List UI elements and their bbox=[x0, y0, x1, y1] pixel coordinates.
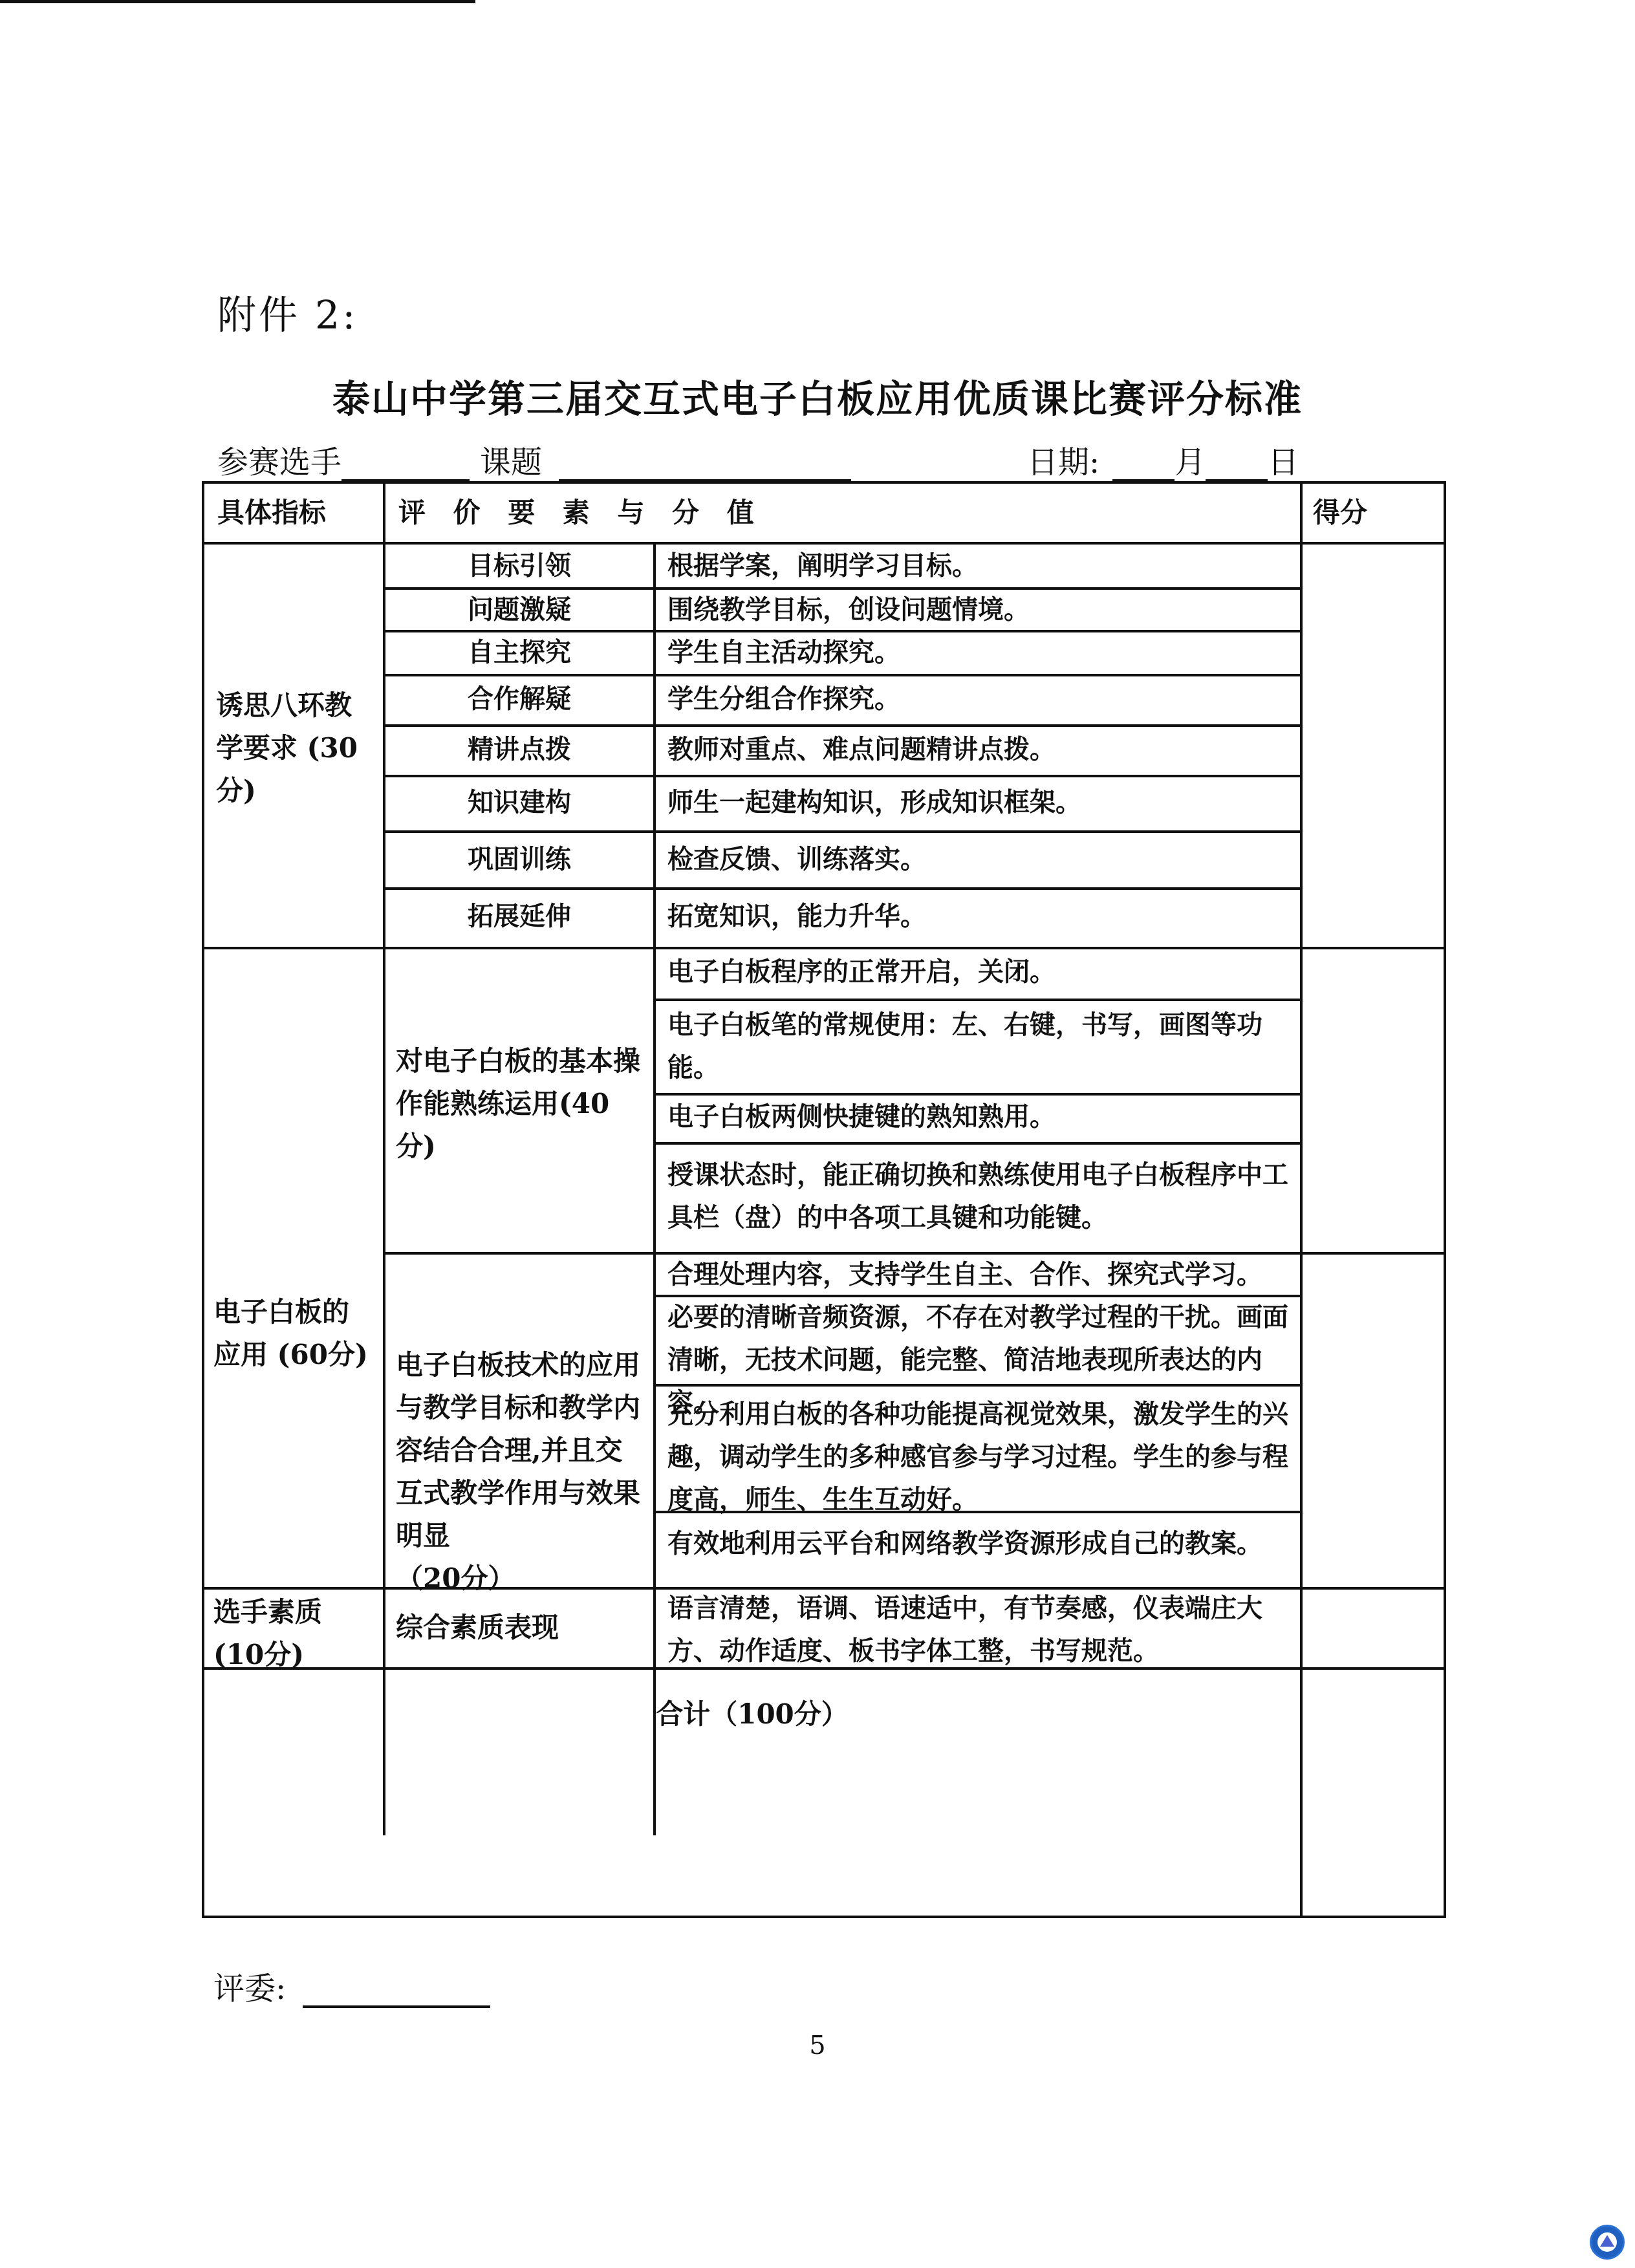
s1-desc-3: 学生自主活动探究。 bbox=[667, 631, 1295, 674]
date-label: 日期: bbox=[1027, 444, 1099, 481]
s1-item-1: 目标引领 bbox=[385, 545, 653, 587]
total-label: 合计（100分） bbox=[204, 1693, 1300, 1736]
annex-label: 附件 2: bbox=[217, 285, 358, 340]
row-line bbox=[383, 724, 1300, 727]
s2-g1-desc-3: 电子白板两侧快捷键的熟知熟用。 bbox=[667, 1096, 1295, 1138]
day-label: 日 bbox=[1268, 444, 1299, 481]
header-indicator: 具体指标 bbox=[217, 491, 379, 534]
col-divider-2 bbox=[653, 545, 656, 1835]
score-cell-section1[interactable] bbox=[1303, 545, 1444, 945]
s2-group2-item-text: 电子白板技术的应用与教学目标和教学内容结合合理,并且交互式教学作用与效果明显 bbox=[396, 1349, 640, 1551]
topic-blank[interactable] bbox=[559, 451, 851, 482]
s2-group2-item: 电子白板技术的应用与教学目标和教学内容结合合理,并且交互式教学作用与效果明显 （… bbox=[396, 1344, 644, 1600]
s1-desc-7: 检查反馈、训练落实。 bbox=[667, 838, 1295, 881]
score-cell-total[interactable] bbox=[1303, 1670, 1444, 1916]
school-logo-icon bbox=[1590, 2225, 1625, 2260]
page-title: 泰山中学第三届交互式电子白板应用优质课比赛评分标准 bbox=[0, 369, 1635, 423]
s2-g2-desc-3: 充分利用白板的各种功能提高视觉效果，激发学生的兴趣，调动学生的多种感官参与学习过… bbox=[667, 1393, 1295, 1521]
s2-g1-desc-2: 电子白板笔的常规使用：左、右键，书写，画图等功能。 bbox=[667, 1004, 1295, 1089]
row-line bbox=[383, 887, 1300, 890]
s1-item-8: 拓展延伸 bbox=[385, 895, 653, 938]
score-cell-section2-group2[interactable] bbox=[1303, 1255, 1444, 1586]
score-cell-section3[interactable] bbox=[1303, 1590, 1444, 1666]
score-cell-section2-group1[interactable] bbox=[1303, 949, 1444, 1251]
s1-item-6: 知识建构 bbox=[385, 781, 653, 824]
judge-label: 评委: bbox=[213, 1971, 286, 2007]
s1-item-5: 精讲点拨 bbox=[385, 728, 653, 771]
s1-desc-6: 师生一起建构知识，形成知识框架。 bbox=[667, 781, 1295, 824]
section2-indicator: 电子白板的应用 (60分) bbox=[213, 1291, 375, 1376]
s1-desc-2: 围绕教学目标，创设问题情境。 bbox=[667, 589, 1295, 631]
topic-label: 课题 bbox=[480, 444, 542, 481]
header-score: 得分 bbox=[1313, 491, 1442, 534]
judge-field: 评委: bbox=[213, 1963, 490, 2008]
s1-item-7: 巩固训练 bbox=[385, 838, 653, 881]
s2-g2-desc-1: 合理处理内容，支持学生自主、合作、探究式学习。 bbox=[667, 1253, 1295, 1296]
row-line bbox=[383, 830, 1300, 833]
s1-desc-4: 学生分组合作探究。 bbox=[667, 678, 1295, 720]
s1-item-3: 自主探究 bbox=[385, 631, 653, 674]
contestant-field: 参赛选手 bbox=[217, 437, 470, 482]
s1-item-2: 问题激疑 bbox=[385, 589, 653, 631]
month-blank[interactable] bbox=[1112, 451, 1175, 482]
s1-desc-8: 拓宽知识，能力升华。 bbox=[667, 895, 1295, 938]
s1-desc-5: 教师对重点、难点问题精讲点拨。 bbox=[667, 728, 1295, 771]
header-elements: 评 价 要 素 与 分 值 bbox=[398, 491, 980, 534]
row-line bbox=[653, 1142, 1300, 1145]
s2-g1-desc-1: 电子白板程序的正常开启，关闭。 bbox=[667, 951, 1295, 993]
s3-item: 综合素质表现 bbox=[396, 1606, 644, 1649]
s3-desc: 语言清楚，语调、语速适中，有节奏感，仪表端庄大方、动作适度、板书字体工整，书写规… bbox=[667, 1587, 1295, 1672]
day-blank[interactable] bbox=[1206, 451, 1268, 482]
judge-blank[interactable] bbox=[303, 1977, 490, 2008]
row-line bbox=[383, 674, 1300, 676]
row-line bbox=[653, 999, 1300, 1001]
contestant-blank[interactable] bbox=[341, 451, 470, 482]
scan-edge-artifact bbox=[0, 0, 475, 3]
s1-desc-1: 根据学案，阐明学习目标。 bbox=[667, 545, 1295, 587]
s2-g1-desc-4: 授课状态时，能正确切换和熟练使用电子白板程序中工具栏（盘）的中各项工具键和功能键… bbox=[667, 1154, 1295, 1239]
date-field: 日期:月日 bbox=[1027, 437, 1299, 482]
row-line bbox=[383, 775, 1300, 777]
section-line bbox=[204, 947, 1446, 949]
month-label: 月 bbox=[1175, 444, 1206, 481]
scoring-table: 具体指标 评 价 要 素 与 分 值 得分 诱思八环教学要求 (30分) 目标引… bbox=[202, 481, 1446, 1918]
topic-field: 课题 bbox=[480, 437, 851, 482]
s2-group1-item: 对电子白板的基本操作能熟练运用(40分) bbox=[396, 1040, 644, 1168]
page-number: 5 bbox=[0, 2031, 1635, 2060]
section3-indicator: 选手素质 (10分) bbox=[213, 1591, 375, 1676]
s2-group2-item-score: （20分） bbox=[396, 1562, 515, 1594]
contestant-label: 参赛选手 bbox=[217, 444, 341, 481]
s2-g2-desc-4: 有效地利用云平台和网络教学资源形成自己的教案。 bbox=[667, 1522, 1295, 1565]
section1-indicator: 诱思八环教学要求 (30分) bbox=[216, 684, 378, 812]
s1-item-4: 合作解疑 bbox=[385, 678, 653, 720]
logo-mountain-icon bbox=[1600, 2235, 1614, 2247]
